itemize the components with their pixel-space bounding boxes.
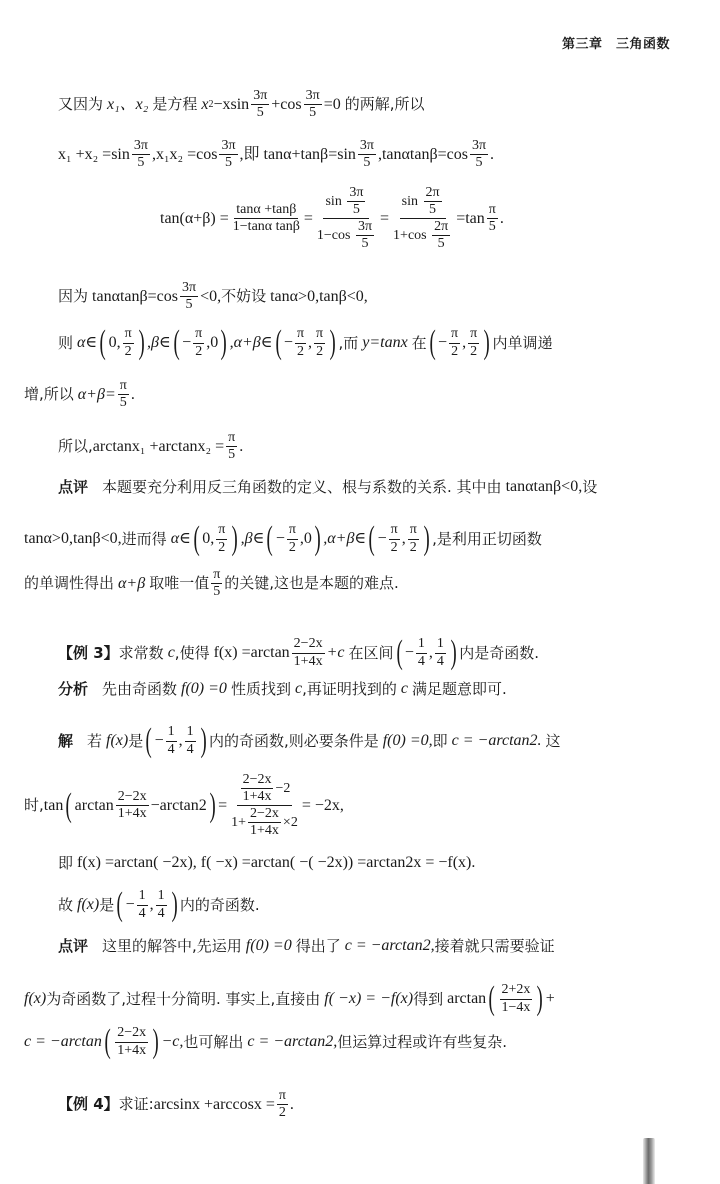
fraction: 3π5 [304,88,322,121]
fraction: 3π5 [219,138,237,171]
solution-line-1: 解 若 f(x) 是 (−14,14) 内的奇函数,则必要条件是 f(0) =0… [58,724,561,758]
analysis-line: 分析 先由奇函数 f(0) =0 性质找到 c ,再证明找到的 c 满足题意即可… [58,681,507,697]
text-line-1: 又因为 x₁、x₂ 是方程 x2 −xsin 3π5 +cos 3π5 =0 的… [58,88,425,121]
solution-line-3: 即 f(x) =arctan( −2x), f( −x) =arctan( −(… [58,855,475,871]
comment-line-1: 点评 本题要充分利用反三角函数的定义、根与系数的关系. 其中由 tanαtanβ… [58,479,597,495]
fraction: π5 [226,430,237,463]
fraction: sin 3π5 1−cos 3π5 [315,185,378,252]
solution-line-2: 时, tan ( arctan 2−2x1+4x −arctan2 ) = 2−… [24,772,344,839]
display-equation-tan-sum: tan(α+β) = tanα +tanβ1−tanα tanβ = sin 3… [160,185,504,252]
fraction: 3π5 [180,280,198,313]
solution-line-4: 故 f(x) 是 (−14,14) 内的奇函数. [58,888,260,922]
fraction: 3π5 [251,88,269,121]
comment-2-line-2: f(x) 为奇函数了,过程十分简明. 事实上,直接由 f( −x) = −f(x… [24,982,555,1016]
scrollbar-thumb[interactable] [643,1138,655,1184]
fraction: tanα +tanβ1−tanα tanβ [231,202,302,235]
comment-label: 点评 [58,480,88,495]
text-line-5: 则 α∈ (0,π2) ,β∈ (−π2,0) ,α+β∈ (−π2,π2) ,… [58,326,553,360]
fraction: 2−2x1+4x [116,789,149,822]
fraction: 2−2x1+4x [292,636,325,669]
fraction: 2+2x1−4x [500,982,533,1015]
comment-label: 点评 [58,939,88,954]
comment-2-line-1: 点评 这里的解答中,先运用 f(0) =0 得出了 c = −arctan2, … [58,938,555,954]
fraction: 3π5 [132,138,150,171]
text-line-7: 所以, arctanx₁ +arctanx₂ = π5 . [58,430,243,463]
text-line-4: 因为 tanαtanβ=cos 3π5 <0, 不妨设 tanα>0,tanβ<… [58,280,368,313]
compound-fraction: 2−2x1+4x−2 1+2−2x1+4x×2 [229,772,300,839]
comment-line-3: 的单调性得出 α+β 取唯一值 π5 的关键,这也是本题的难点. [24,567,399,600]
fraction: 3π5 [358,138,376,171]
text-line-6: 增,所以 α+β= π5 . [24,378,135,411]
example-3-statement: 【例 3】 求常数 c ,使得 f(x) =arctan 2−2x1+4x +c… [58,636,539,670]
analysis-label: 分析 [58,682,88,697]
comment-2-line-3: c = −arctan (2−2x1+4x) −c, 也可解出 c = −arc… [24,1025,507,1059]
example-4-label: 【例 4】 [58,1097,119,1112]
fraction: sin 2π5 1+cos 2π5 [391,185,454,252]
fraction: 3π5 [470,138,488,171]
comment-line-2: tanα>0,tanβ<0, 进而得 α∈ (0,π2) ,β∈ (−π2,0)… [24,522,542,556]
fraction: π5 [211,567,222,600]
solution-label: 解 [58,734,73,749]
example-4-statement: 【例 4】 求证: arcsinx +arccosx = π2 . [58,1088,294,1121]
text-line-2: x₁ +x₂ =sin 3π5 ,x₁x₂ =cos 3π5 ,即 tanα+t… [58,138,494,171]
fraction: π5 [487,202,498,235]
fraction: π5 [118,378,129,411]
fraction: π2 [277,1088,288,1121]
example-3-label: 【例 3】 [58,646,119,661]
chapter-header: 第三章 三角函数 [562,33,670,52]
fraction: 2−2x1+4x [115,1025,148,1058]
